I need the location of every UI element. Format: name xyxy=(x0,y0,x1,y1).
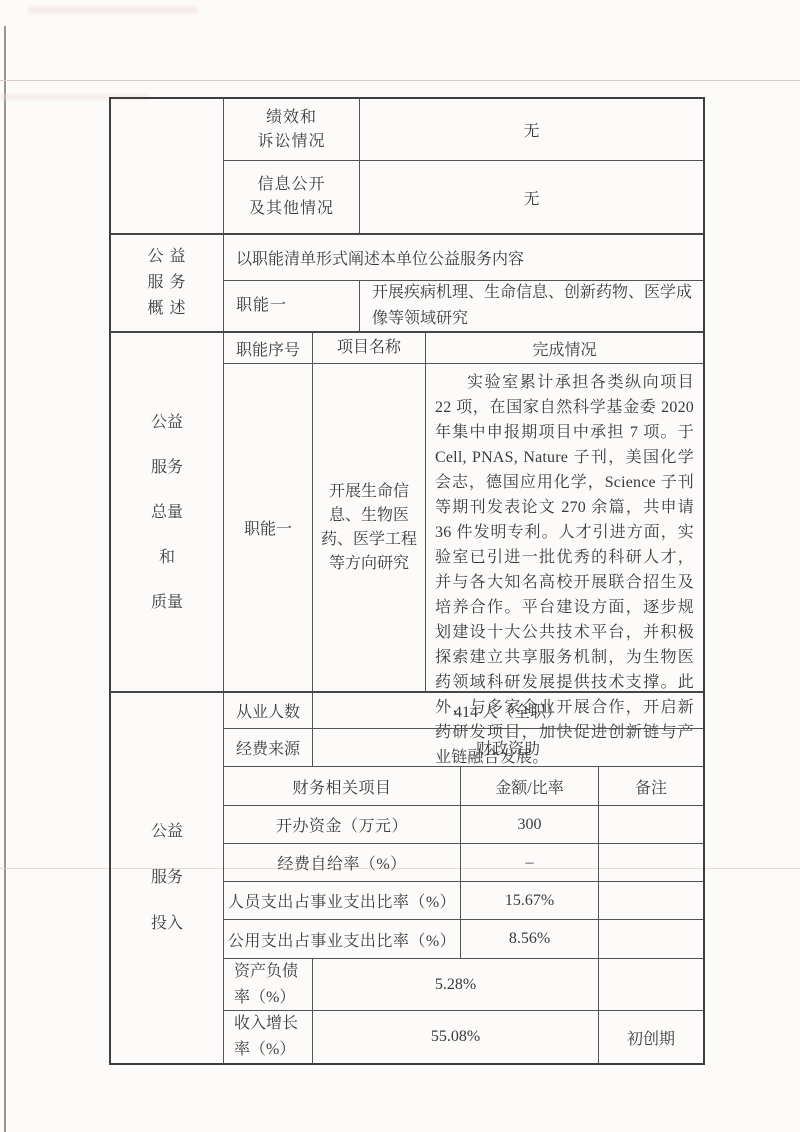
quality-side-label: 公益 服务 总量 和 质量 xyxy=(111,333,224,691)
table-row: 信息公开 及其他情况 无 xyxy=(224,160,703,233)
table-row: 绩效和 诉讼情况 无 xyxy=(224,99,703,160)
funding-row: 经费来源 财政资助 xyxy=(224,728,703,766)
quality-completion: 实验室累计承担各类纵向项目 22 项，在国家自然科学基金委 2020 年集中申报… xyxy=(426,364,703,691)
page-edge-shadow xyxy=(4,26,6,1132)
funding-value: 财政资助 xyxy=(313,729,703,766)
finance-item: 收入增长 率（%） xyxy=(224,1011,313,1063)
staff-row: 从业人数 414 人（全职） xyxy=(224,693,703,728)
funding-label: 经费来源 xyxy=(224,729,313,766)
finance-header-row: 财务相关项目 金额/比率 备注 xyxy=(224,766,703,805)
column-header-serial: 职能序号 xyxy=(224,333,313,363)
section-investment: 公益 服务 投入 从业人数 414 人（全职） 经费来源 财政资助 财务相关项目… xyxy=(111,691,703,1063)
finance-note xyxy=(599,882,703,919)
overview-intro: 以职能清单形式阐述本单位公益服务内容 xyxy=(224,235,703,280)
table-row: 职能一 开展疾病机理、生命信息、创新药物、医学成像等领域研究 xyxy=(224,280,703,331)
staff-label: 从业人数 xyxy=(224,693,313,728)
quality-data-row: 职能一 开展生命信息、生物医药、医学工程等方向研究 实验室累计承担各类纵向项目 … xyxy=(224,363,703,691)
finance-item: 资产负债 率（%） xyxy=(224,959,313,1010)
finance-amount: 55.08% xyxy=(313,1011,599,1063)
finance-item: 人员支出占事业支出比率（%） xyxy=(224,882,461,919)
table-row: 以职能清单形式阐述本单位公益服务内容 xyxy=(224,235,703,280)
overview-function-value: 开展疾病机理、生命信息、创新药物、医学成像等领域研究 xyxy=(360,281,703,331)
quality-header-row: 职能序号 项目名称 完成情况 xyxy=(224,333,703,363)
finance-item: 公用支出占事业支出比率（%） xyxy=(224,920,461,958)
finance-row-debt-ratio: 资产负债 率（%） 5.28% xyxy=(224,958,703,1010)
finance-amount: – xyxy=(461,844,599,881)
finance-item: 经费自给率（%） xyxy=(224,844,461,881)
quality-project: 开展生命信息、生物医药、医学工程等方向研究 xyxy=(313,364,426,691)
section-quantity-quality: 公益 服务 总量 和 质量 职能序号 项目名称 完成情况 职能一 开展生命信息、… xyxy=(111,331,703,691)
finance-amount: 5.28% xyxy=(313,959,599,1010)
finance-note xyxy=(599,806,703,843)
finance-note xyxy=(599,959,703,1010)
investment-side-label: 公益 服务 投入 xyxy=(111,693,224,1063)
finance-amount: 8.56% xyxy=(461,920,599,958)
overview-side-label: 公 益 服 务 概 述 xyxy=(111,235,224,331)
performance-value: 无 xyxy=(360,99,703,160)
performance-label: 绩效和 诉讼情况 xyxy=(224,99,360,160)
quality-serial: 职能一 xyxy=(224,364,313,691)
finance-row-personnel-expense: 人员支出占事业支出比率（%） 15.67% xyxy=(224,881,703,919)
overview-function-label: 职能一 xyxy=(224,281,360,331)
finance-note xyxy=(599,920,703,958)
finance-row-income-growth: 收入增长 率（%） 55.08% 初创期 xyxy=(224,1010,703,1063)
report-table: 绩效和 诉讼情况 无 信息公开 及其他情况 无 公 益 服 务 概 述 以职能清… xyxy=(109,97,705,1065)
scan-artifact-line-top xyxy=(0,80,800,81)
finance-amount: 300 xyxy=(461,806,599,843)
finance-note: 初创期 xyxy=(599,1011,703,1063)
finance-header-note: 备注 xyxy=(599,767,703,805)
section-side-cell-empty xyxy=(111,99,224,233)
finance-amount: 15.67% xyxy=(461,882,599,919)
finance-row-startup-capital: 开办资金（万元） 300 xyxy=(224,805,703,843)
column-header-project: 项目名称 xyxy=(313,333,426,363)
finance-item: 开办资金（万元） xyxy=(224,806,461,843)
disclosure-label: 信息公开 及其他情况 xyxy=(224,161,360,233)
completion-paragraph: 实验室累计承担各类纵向项目 22 项，在国家自然科学基金委 2020 年集中申报… xyxy=(426,364,703,691)
disclosure-value: 无 xyxy=(360,161,703,233)
finance-row-public-expense: 公用支出占事业支出比率（%） 8.56% xyxy=(224,919,703,958)
finance-header-item: 财务相关项目 xyxy=(224,767,461,805)
section-service-overview: 公 益 服 务 概 述 以职能清单形式阐述本单位公益服务内容 职能一 开展疾病机… xyxy=(111,233,703,331)
scan-smudge xyxy=(28,6,198,14)
staff-value: 414 人（全职） xyxy=(313,693,703,728)
finance-note xyxy=(599,844,703,881)
finance-row-self-sufficiency: 经费自给率（%） – xyxy=(224,843,703,881)
column-header-completion: 完成情况 xyxy=(426,333,703,363)
section-performance-disclosure: 绩效和 诉讼情况 无 信息公开 及其他情况 无 xyxy=(111,99,703,233)
finance-header-amount: 金额/比率 xyxy=(461,767,599,805)
